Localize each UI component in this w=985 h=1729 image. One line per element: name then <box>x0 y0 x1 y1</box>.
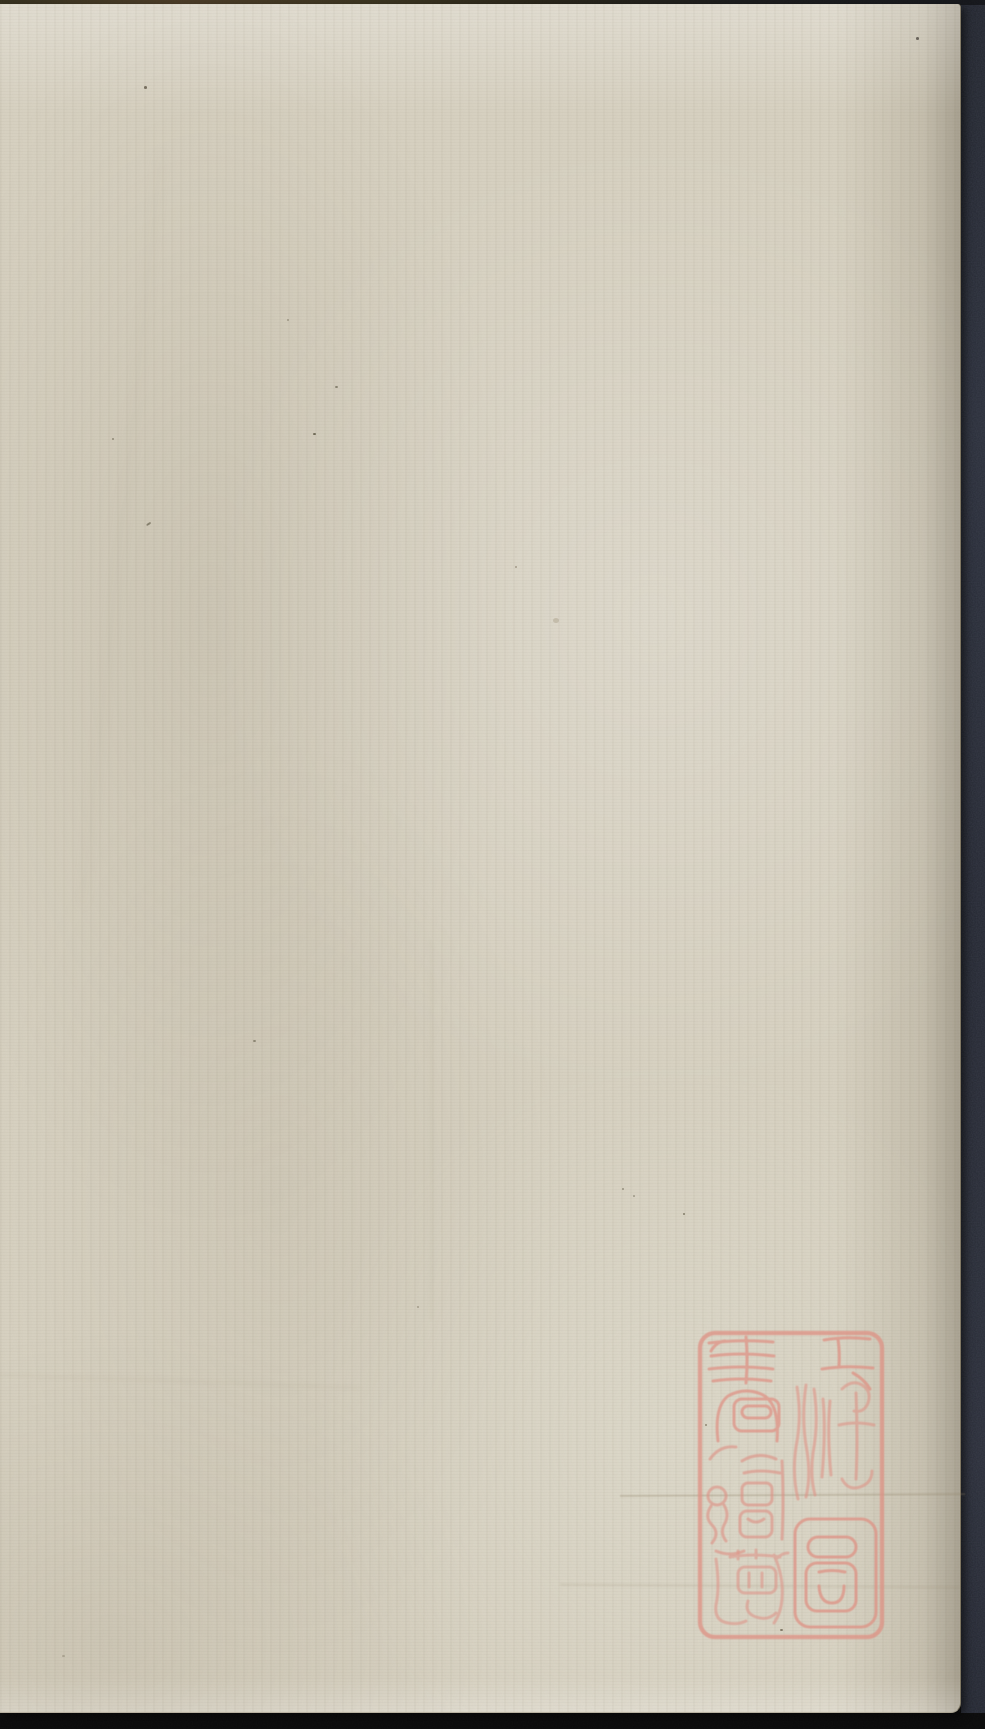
paper-speck <box>144 86 147 89</box>
paper-speck <box>633 1195 635 1197</box>
paper-speck <box>112 438 114 440</box>
paper-speck <box>622 1188 624 1190</box>
seal-glyph-cang <box>716 1550 788 1624</box>
scanner-bed-right <box>961 0 985 1713</box>
paper-crease <box>0 1373 360 1388</box>
band-noise-texture <box>961 0 985 1713</box>
paper-speck <box>313 433 316 435</box>
paper-speck <box>146 522 151 526</box>
paper-speck <box>515 566 517 568</box>
paper-speck <box>253 1040 256 1042</box>
paper-page <box>0 4 961 1713</box>
seal-glyph-tu <box>795 1519 876 1627</box>
paper-crease <box>430 940 432 1320</box>
paper-speck <box>335 386 338 388</box>
paper-speck <box>553 618 559 623</box>
paper-speck <box>683 1213 685 1215</box>
seal-glyph-hai <box>794 1383 874 1499</box>
paper-speck <box>417 1306 419 1308</box>
paper-speck <box>916 37 919 40</box>
seal-glyph-shu <box>709 1337 779 1441</box>
scanner-bed-bottom <box>0 1713 985 1729</box>
shanghai-library-seal <box>696 1329 886 1641</box>
seal-glyph-guan <box>708 1447 783 1554</box>
scan-canvas <box>0 0 985 1729</box>
paper-speck <box>62 1655 65 1657</box>
paper-speck <box>287 319 289 321</box>
paper-crease <box>80 152 162 908</box>
seal-glyph-shang <box>822 1338 873 1389</box>
